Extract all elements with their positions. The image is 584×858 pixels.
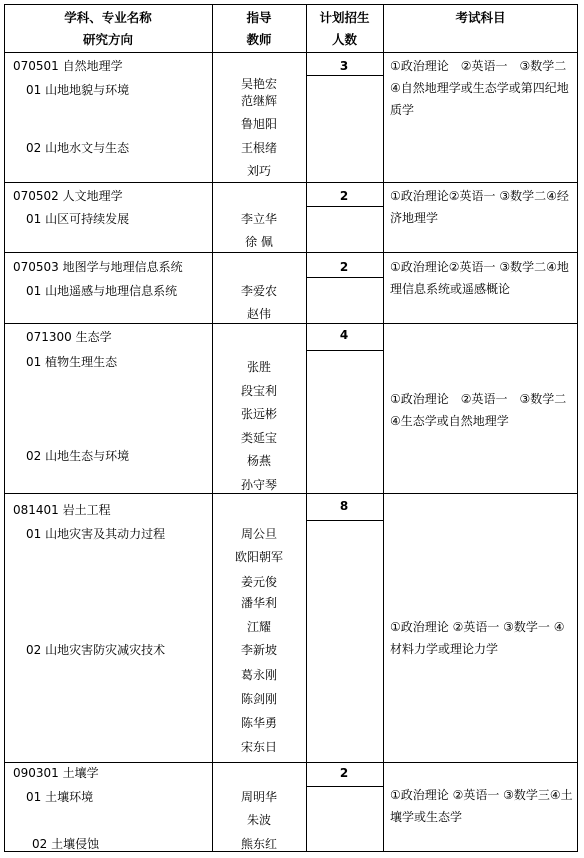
advisor-name: 李爱农 [212, 284, 306, 298]
row-divider [4, 493, 578, 494]
advisor-name: 范继辉 [212, 94, 306, 108]
advisor-name: 孙守琴 [212, 478, 306, 492]
quota-count: 4 [306, 328, 382, 342]
exam-subjects: ①政治理论 ②英语一 ③数学一 ④材料力学或理论力学 [390, 616, 574, 660]
direction-item: 01 山地灾害及其动力过程 [26, 527, 165, 541]
exam-subjects: ①政治理论②英语一 ③数学二④经济地理学 [390, 185, 574, 229]
quota-count: 2 [306, 766, 382, 780]
advisor-name: 王根绪 [212, 141, 306, 155]
direction-item: 02 山地水文与生态 [26, 141, 129, 155]
direction-item: 01 植物生理生态 [26, 355, 117, 369]
advisor-name: 张胜 [212, 360, 306, 374]
advisor-name: 徐 佩 [212, 235, 306, 249]
quota-count: 3 [306, 59, 382, 73]
advisor-name: 周明华 [212, 790, 306, 804]
advisor-name: 张远彬 [212, 407, 306, 421]
direction-item: 02 山地生态与环境 [26, 449, 129, 463]
discipline-name: 070501 自然地理学 [13, 59, 123, 73]
header-advisor-2: 教师 [212, 33, 306, 47]
advisor-name: 刘巧 [212, 164, 306, 178]
exam-subjects: ①政治理论 ②英语一 ③数学三④土壤学或生态学 [390, 784, 574, 828]
discipline-name: 081401 岩土工程 [13, 503, 111, 517]
advisor-name: 鲁旭阳 [212, 117, 306, 131]
discipline-name: 070502 人文地理学 [13, 189, 123, 203]
row-divider [4, 762, 578, 763]
advisor-name: 吴艳宏 [212, 77, 306, 91]
exam-subjects: ①政治理论②英语一 ③数学二④地理信息系统或遥感概论 [390, 256, 574, 300]
advisor-name: 欧阳朝军 [212, 550, 306, 564]
header-quota-2: 人数 [306, 33, 383, 47]
quota-count: 8 [306, 499, 382, 513]
quota-count: 2 [306, 189, 382, 203]
advisor-name: 周公旦 [212, 527, 306, 541]
discipline-name: 090301 土壤学 [13, 766, 99, 780]
advisor-name: 潘华利 [212, 596, 306, 610]
col-divider-2 [306, 4, 307, 852]
quota-count: 2 [306, 260, 382, 274]
advisor-name: 宋东日 [212, 740, 306, 754]
exam-subjects: ①政治理论 ②英语一 ③数学二④生态学或自然地理学 [390, 388, 574, 432]
header-advisor-1: 指导 [212, 11, 306, 25]
direction-item: 02 土壤侵蚀 [32, 837, 99, 851]
row-divider [4, 252, 578, 253]
advisor-name: 江耀 [212, 620, 306, 634]
header-divider [4, 52, 578, 53]
direction-item: 01 土壤环境 [26, 790, 93, 804]
quota-divider [306, 786, 383, 787]
quota-divider [306, 206, 383, 207]
advisor-name: 陈剑刚 [212, 692, 306, 706]
col-divider-3 [383, 4, 384, 852]
header-quota-1: 计划招生 [306, 11, 383, 25]
advisor-name: 陈华勇 [212, 716, 306, 730]
advisor-name: 赵伟 [212, 307, 306, 321]
quota-divider [306, 350, 383, 351]
row-divider [4, 323, 578, 324]
advisor-name: 类延宝 [212, 431, 306, 445]
header-direction: 研究方向 [4, 33, 212, 47]
quota-divider [306, 520, 383, 521]
discipline-name: 071300 生态学 [26, 330, 112, 344]
discipline-name: 070503 地图学与地理信息系统 [13, 260, 183, 274]
direction-item: 01 山地遥感与地理信息系统 [26, 284, 177, 298]
advisor-name: 朱波 [212, 813, 306, 827]
quota-divider [306, 75, 383, 76]
advisor-name: 段宝利 [212, 384, 306, 398]
direction-item: 01 山区可持续发展 [26, 212, 129, 226]
exam-subjects: ①政治理论 ②英语一 ③数学二④自然地理学或生态学或第四纪地质学 [390, 55, 574, 121]
advisor-name: 杨燕 [212, 454, 306, 468]
advisor-name: 李立华 [212, 212, 306, 226]
advisor-name: 葛永刚 [212, 668, 306, 682]
direction-item: 01 山地地貌与环境 [26, 83, 129, 97]
advisor-name: 姜元俊 [212, 575, 306, 589]
header-exam: 考试科目 [383, 11, 578, 25]
row-divider [4, 182, 578, 183]
header-discipline: 学科、专业名称 [4, 11, 212, 25]
advisor-name: 熊东红 [212, 837, 306, 851]
advisor-name: 李新坡 [212, 643, 306, 657]
quota-divider [306, 277, 383, 278]
direction-item: 02 山地灾害防灾减灾技术 [26, 643, 165, 657]
